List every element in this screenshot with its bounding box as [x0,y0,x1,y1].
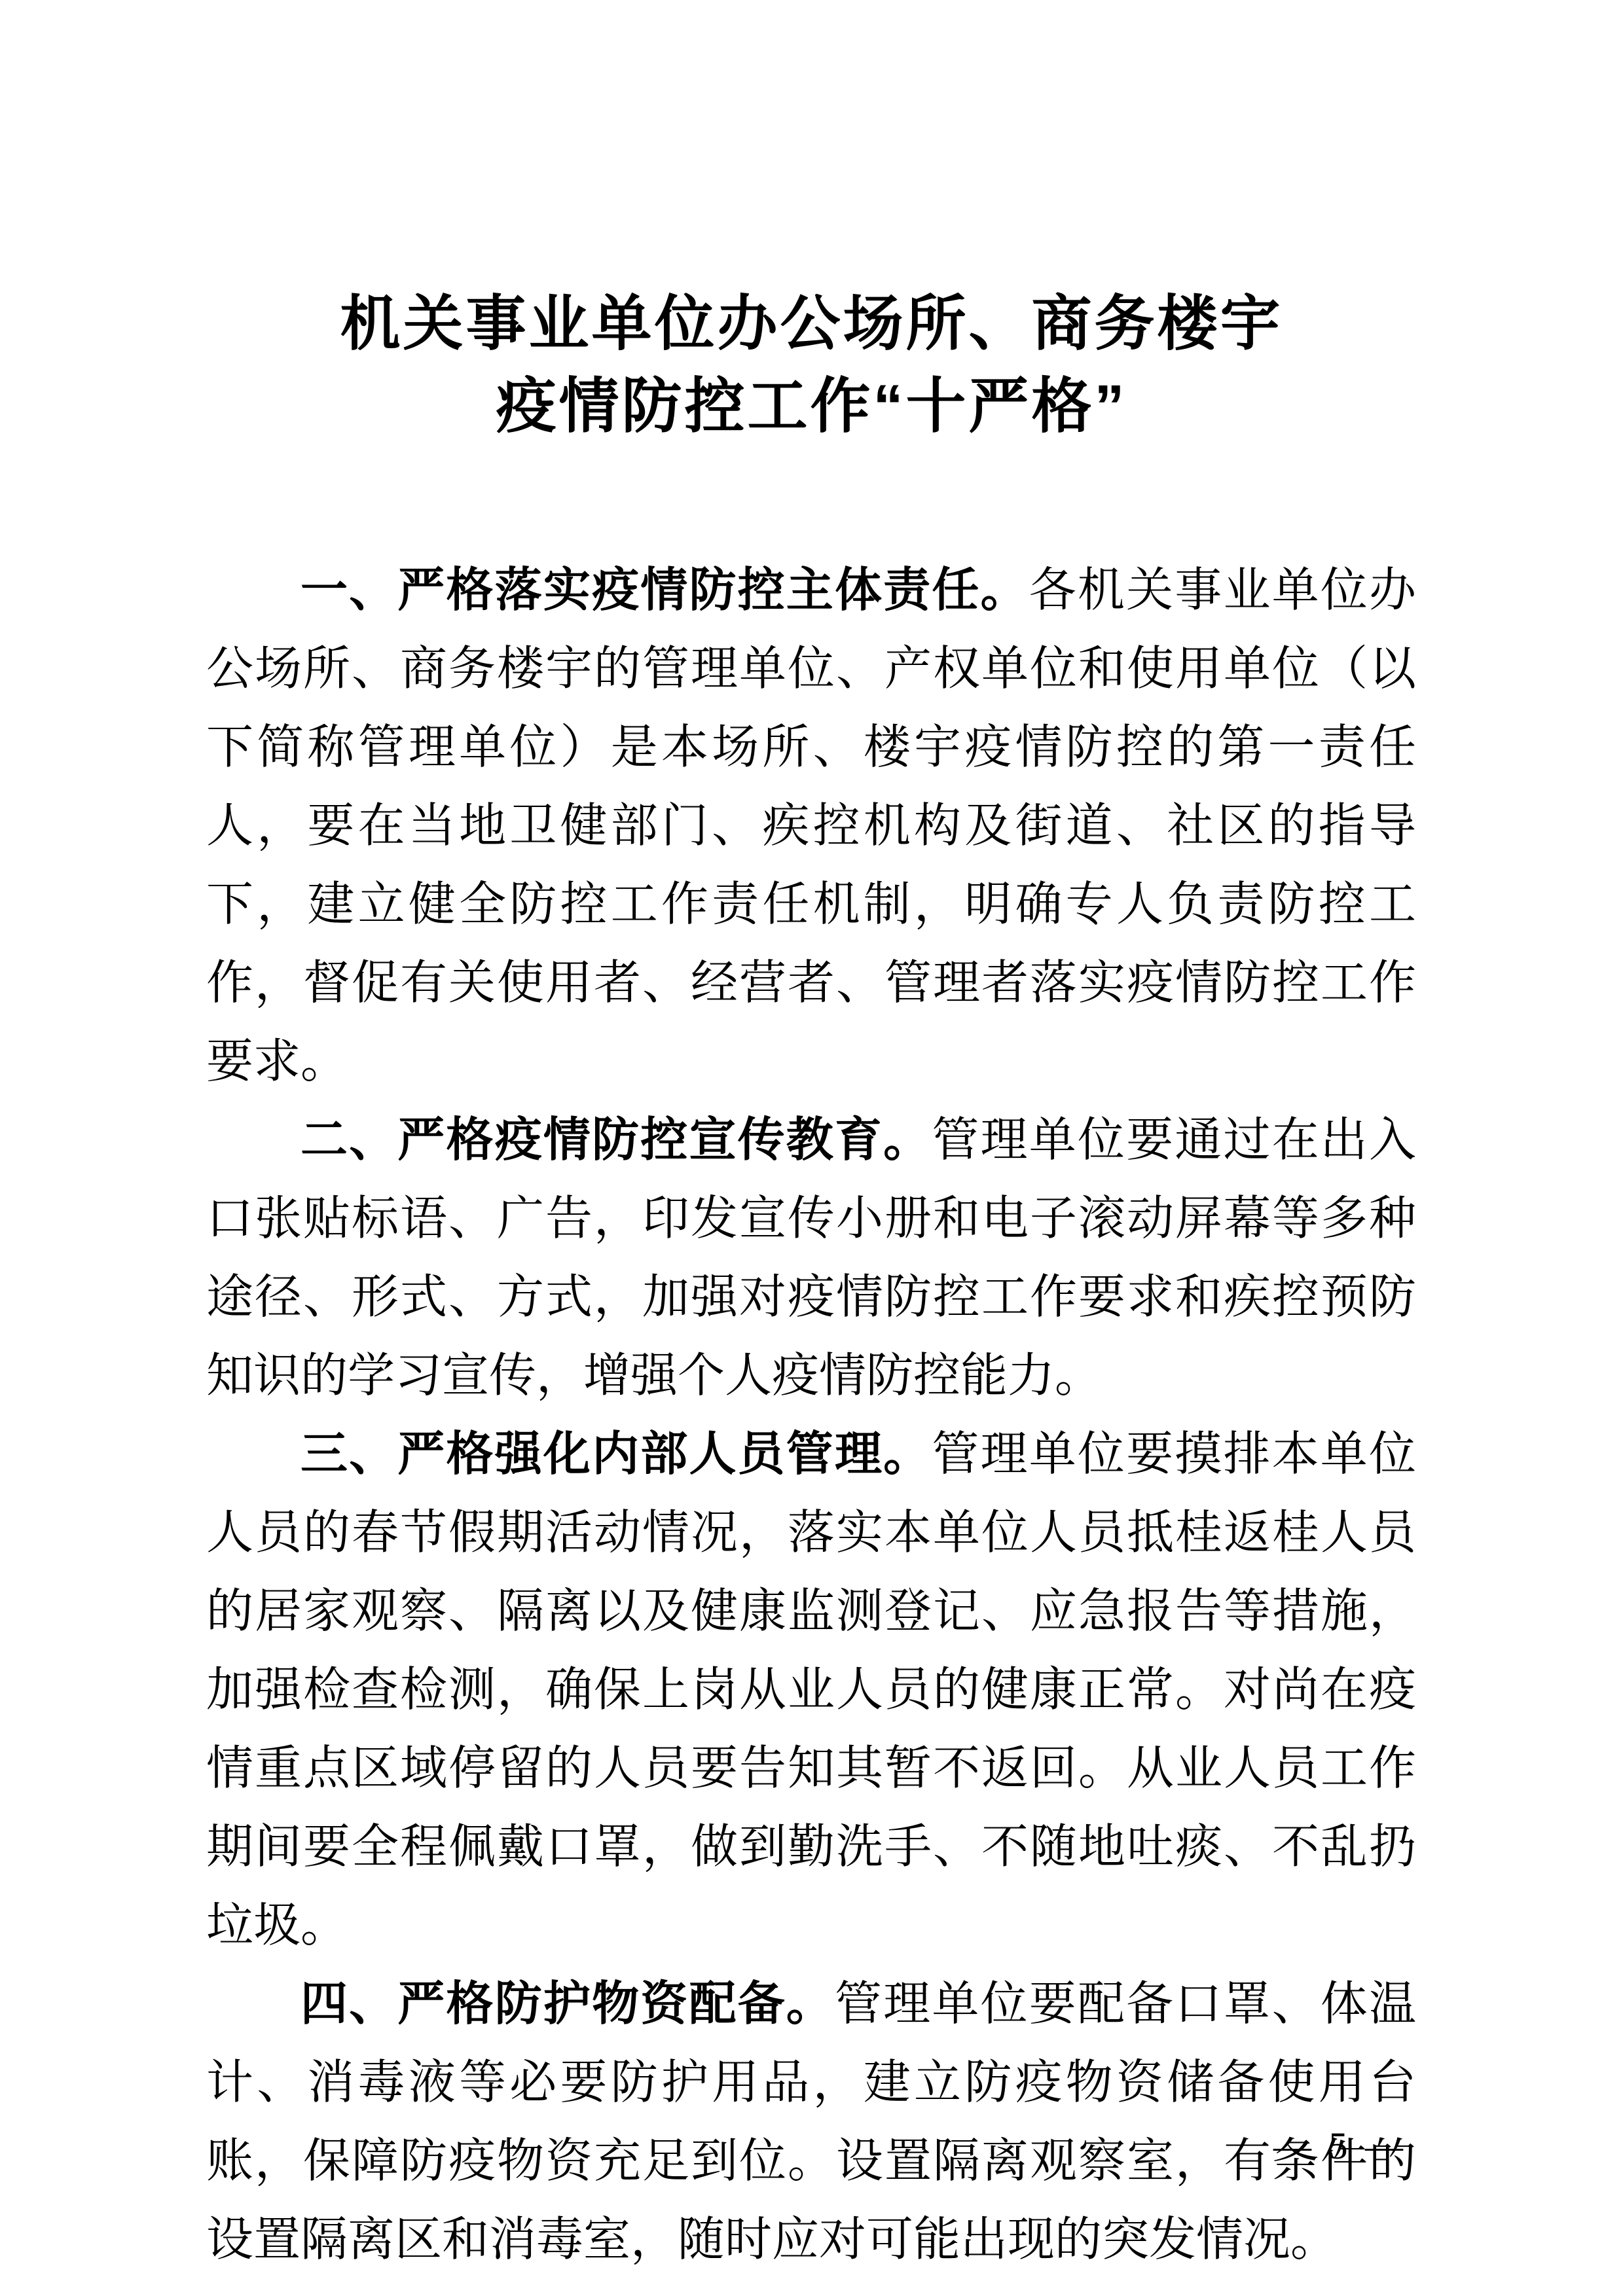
paragraph-2-lead: 二、严格疫情防控宣传教育。 [301,1114,932,1166]
document-body: 一、严格落实疫情防控主体责任。各机关事业单位办公场所、商务楼宇的管理单位、产权单… [206,551,1416,2279]
paragraph-3-text: 管理单位要摸排本单位人员的春节假期活动情况，落实本单位人员抵桂返桂人员的居家观察… [206,1428,1416,1952]
paragraph-1-text: 各机关事业单位办公场所、商务楼宇的管理单位、产权单位和使用单位（以下简称管理单位… [206,564,1416,1088]
document-title: 机关事业单位办公场所、商务楼宇 疫情防控工作“十严格” [0,283,1623,448]
document-page: 机关事业单位办公场所、商务楼宇 疫情防控工作“十严格” 一、严格落实疫情防控主体… [0,0,1623,2296]
paragraph-3: 三、严格强化内部人员管理。管理单位要摸排本单位人员的春节假期活动情况，落实本单位… [206,1415,1416,1965]
paragraph-1-lead: 一、严格落实疫情防控主体责任。 [301,564,1029,617]
paragraph-4: 四、严格防护物资配备。管理单位要配备口罩、体温计、消毒液等必要防护用品，建立防疫… [206,1965,1416,2279]
paragraph-1: 一、严格落实疫情防控主体责任。各机关事业单位办公场所、商务楼宇的管理单位、产权单… [206,551,1416,1101]
paragraph-4-lead: 四、严格防护物资配备。 [301,1978,835,2030]
page-number: — 5 — [1273,2123,1407,2169]
paragraph-2: 二、严格疫情防控宣传教育。管理单位要通过在出入口张贴标语、广告，印发宣传小册和电… [206,1101,1416,1415]
paragraph-3-lead: 三、严格强化内部人员管理。 [301,1428,932,1480]
title-line-1: 机关事业单位办公场所、商务楼宇 [0,283,1623,365]
title-line-2: 疫情防控工作“十严格” [0,365,1623,448]
